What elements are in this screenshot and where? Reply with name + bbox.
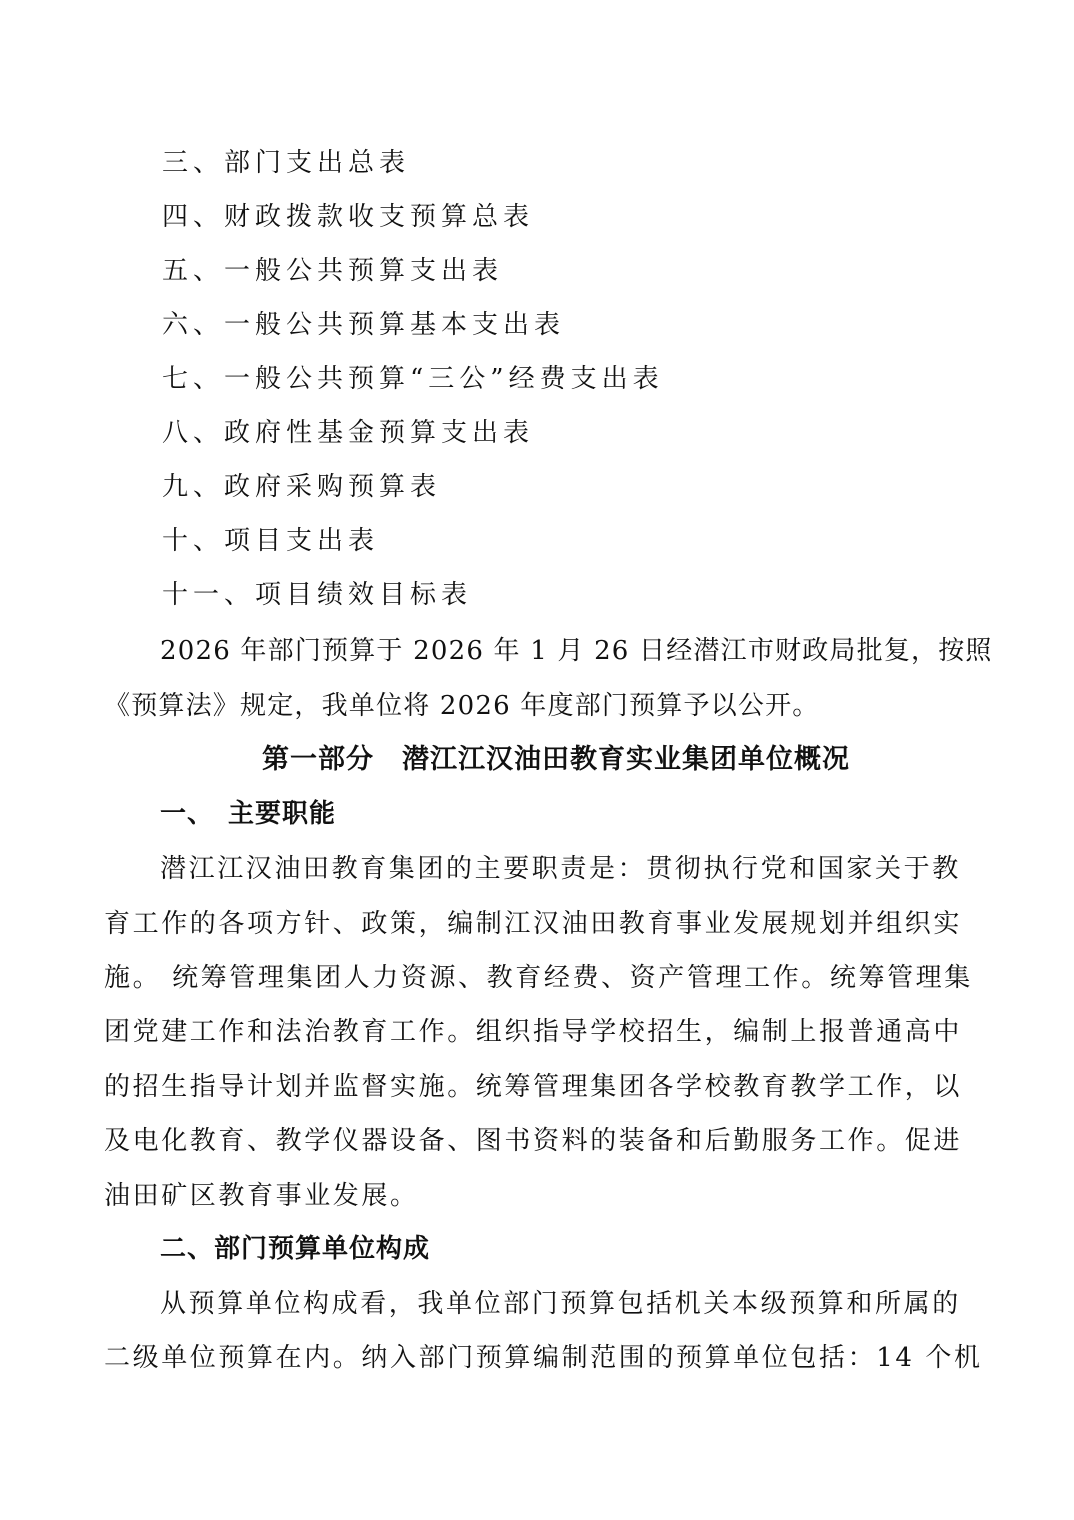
paragraph-line: 的招生指导计划并监督实施。统筹管理集团各学校教育教学工作，以	[104, 1071, 962, 1103]
paragraph-line: 油田矿区教育事业发展。	[104, 1180, 419, 1212]
part-title: 第一部分 潜江江汉油田教育实业集团单位概况	[262, 744, 850, 776]
paragraph-line: 二级单位预算在内。纳入部门预算编制范围的预算单位包括：14 个机	[104, 1342, 983, 1374]
toc-item: 八、政府性基金预算支出表	[162, 417, 534, 449]
paragraph-line: 及电化教育、教学仪器设备、图书资料的装备和后勤服务工作。促进	[104, 1125, 962, 1157]
toc-item: 九、政府采购预算表	[162, 471, 441, 503]
paragraph-line: 育工作的各项方针、政策，编制江汉油田教育事业发展规划并组织实	[104, 908, 962, 940]
paragraph-line: 潜江江汉油田教育集团的主要职责是：贯彻执行党和国家关于教	[160, 853, 961, 885]
toc-item: 五、一般公共预算支出表	[162, 255, 503, 287]
intro-paragraph-line: 《预算法》规定，我单位将 2026 年度部门预算予以公开。	[104, 690, 820, 722]
paragraph-line: 团党建工作和法治教育工作。组织指导学校招生，编制上报普通高中	[104, 1016, 962, 1048]
toc-item: 六、一般公共预算基本支出表	[162, 309, 565, 341]
toc-item: 四、财政拨款收支预算总表	[162, 201, 534, 233]
intro-paragraph-line: 2026 年部门预算于 2026 年 1 月 26 日经潜江市财政局批复，按照	[160, 635, 993, 667]
paragraph-line: 从预算单位构成看，我单位部门预算包括机关本级预算和所属的	[160, 1288, 961, 1320]
toc-item: 三、部门支出总表	[162, 147, 410, 179]
section-heading: 二、部门预算单位构成	[160, 1233, 430, 1265]
toc-item: 七、一般公共预算“三公”经费支出表	[162, 363, 664, 395]
paragraph-line: 施。 统筹管理集团人力资源、教育经费、资产管理工作。统筹管理集	[104, 962, 973, 994]
document-page: 三、部门支出总表 四、财政拨款收支预算总表 五、一般公共预算支出表 六、一般公共…	[0, 0, 1074, 1520]
section-heading: 一、 主要职能	[160, 798, 336, 830]
toc-item: 十、项目支出表	[162, 525, 379, 557]
toc-item: 十一、项目绩效目标表	[162, 579, 472, 611]
